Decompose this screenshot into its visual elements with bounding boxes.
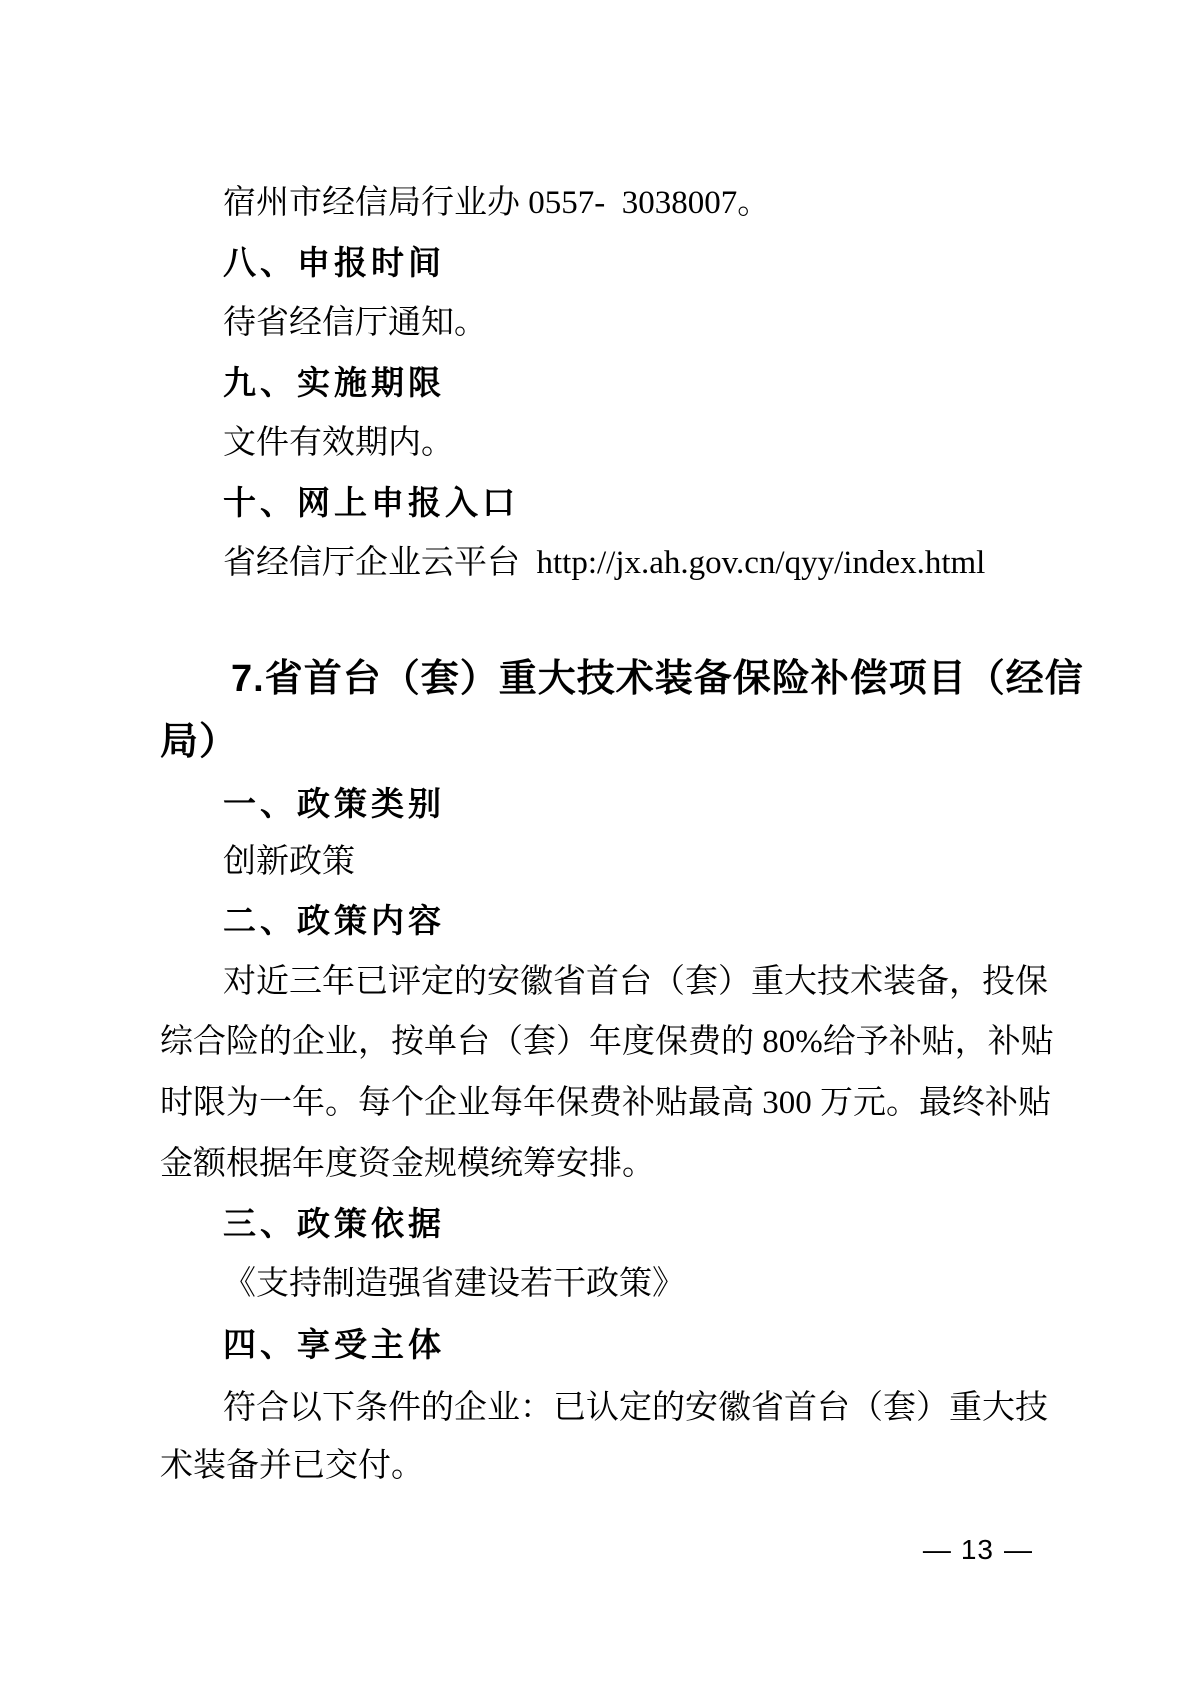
policy-category-text: 创新政策 [160,842,1030,888]
heading-application-time: 八、申报时间 [160,243,1030,289]
policy-content-line-2: 综合险的企业，按单台（套）年度保费的 80%给予补贴，补贴 [160,1022,1030,1068]
online-portal-url-line: 省经信厅企业云平台 http://jx.ah.gov.cn/qyy/index.… [160,543,1030,589]
heading-policy-content: 二、政策内容 [160,901,1030,947]
application-time-text: 待省经信厅通知。 [160,303,1030,349]
heading-online-application-portal: 十、网上申报入口 [160,483,1030,529]
heading-beneficiary: 四、享受主体 [160,1325,1030,1371]
document-page: 宿州市经信局行业办 0557- 3038007。 八、申报时间 待省经信厅通知。… [0,0,1190,1683]
policy-basis-text: 《支持制造强省建设若干政策》 [160,1264,1030,1310]
beneficiary-line-1: 符合以下条件的企业：已认定的安徽省首台（套）重大技 [160,1388,1030,1434]
policy-content-line-4: 金额根据年度资金规模统筹安排。 [160,1144,1030,1190]
contact-info-line: 宿州市经信局行业办 0557- 3038007。 [160,183,1030,229]
heading-implementation-period: 九、实施期限 [160,363,1030,409]
policy-content-line-1: 对近三年已评定的安徽省首台（套）重大技术装备，投保 [160,962,1030,1008]
footer-dash-right: — [1004,1534,1032,1565]
chapter-title-line-1: 7.省首台（套）重大技术装备保险补偿项目（经信 [160,659,1040,705]
policy-content-line-3: 时限为一年。每个企业每年保费补贴最高 300 万元。最终补贴 [160,1083,1030,1129]
heading-policy-category: 一、政策类别 [160,784,1030,830]
beneficiary-line-2: 术装备并已交付。 [160,1446,1030,1492]
page-footer: —13— [923,1532,1032,1568]
implementation-period-text: 文件有效期内。 [160,423,1030,469]
heading-policy-basis: 三、政策依据 [160,1204,1030,1250]
chapter-title-line-2: 局） [160,722,1040,768]
footer-dash-left: — [923,1534,951,1565]
page-number: 13 [951,1534,1004,1565]
